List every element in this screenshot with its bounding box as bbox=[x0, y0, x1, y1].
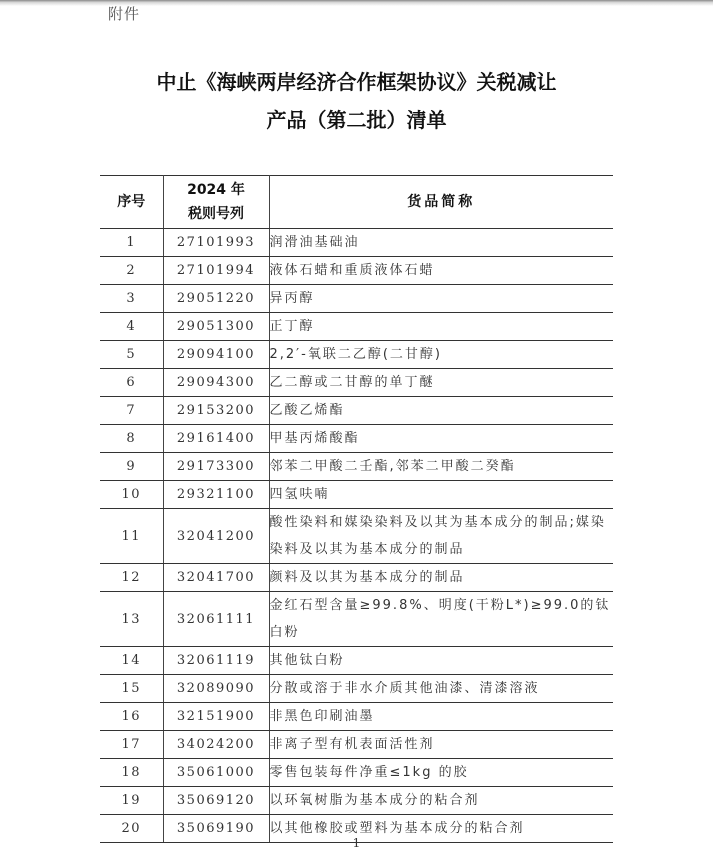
row-goods-name: 以环氧树脂为基本成分的粘合剂 bbox=[269, 787, 613, 815]
row-goods-name: 甲基丙烯酸酯 bbox=[269, 425, 613, 453]
table-row: 1132041200酸性染料和媒染染料及以其为基本成分的制品;媒染染料及以其为基… bbox=[100, 509, 613, 564]
row-seq: 4 bbox=[100, 313, 163, 341]
table-row: 5290941002,2′-氧联二乙醇(二甘醇) bbox=[100, 341, 613, 369]
row-seq: 6 bbox=[100, 369, 163, 397]
table-row: 829161400甲基丙烯酸酯 bbox=[100, 425, 613, 453]
row-tariff-code: 27101993 bbox=[163, 229, 269, 257]
table-row: 1734024200非离子型有机表面活性剂 bbox=[100, 731, 613, 759]
row-tariff-code: 32041700 bbox=[163, 564, 269, 592]
row-goods-name: 零售包装每件净重≤1kg 的胶 bbox=[269, 759, 613, 787]
row-tariff-code: 34024200 bbox=[163, 731, 269, 759]
row-seq: 2 bbox=[100, 257, 163, 285]
row-tariff-code: 32061119 bbox=[163, 647, 269, 675]
table-row: 127101993润滑油基础油 bbox=[100, 229, 613, 257]
row-tariff-code: 29321100 bbox=[163, 481, 269, 509]
row-tariff-code: 32041200 bbox=[163, 509, 269, 564]
table-row: 629094300乙二醇或二甘醇的单丁醚 bbox=[100, 369, 613, 397]
row-goods-name: 非离子型有机表面活性剂 bbox=[269, 731, 613, 759]
row-goods-name: 颜料及以其为基本成分的制品 bbox=[269, 564, 613, 592]
row-goods-name: 液体石蜡和重质液体石蜡 bbox=[269, 257, 613, 285]
row-goods-name: 酸性染料和媒染染料及以其为基本成分的制品;媒染染料及以其为基本成分的制品 bbox=[269, 509, 613, 564]
row-seq: 5 bbox=[100, 341, 163, 369]
table-row: 929173300邻苯二甲酸二壬酯,邻苯二甲酸二癸酯 bbox=[100, 453, 613, 481]
row-seq: 1 bbox=[100, 229, 163, 257]
row-seq: 13 bbox=[100, 592, 163, 647]
row-goods-name: 润滑油基础油 bbox=[269, 229, 613, 257]
table-row: 729153200乙酸乙烯酯 bbox=[100, 397, 613, 425]
document-title-line-1: 中止《海峡两岸经济合作框架协议》关税减让 bbox=[0, 66, 713, 95]
row-goods-name: 2,2′-氧联二乙醇(二甘醇) bbox=[269, 341, 613, 369]
row-tariff-code: 32089090 bbox=[163, 675, 269, 703]
table-header-row: 序号 2024 年 税则号列 货品简称 bbox=[100, 176, 613, 229]
row-tariff-code: 32061111 bbox=[163, 592, 269, 647]
row-goods-name: 乙二醇或二甘醇的单丁醚 bbox=[269, 369, 613, 397]
row-seq: 16 bbox=[100, 703, 163, 731]
row-tariff-code: 29051220 bbox=[163, 285, 269, 313]
row-seq: 3 bbox=[100, 285, 163, 313]
row-goods-name: 四氢呋喃 bbox=[269, 481, 613, 509]
row-seq: 17 bbox=[100, 731, 163, 759]
row-goods-name: 异丙醇 bbox=[269, 285, 613, 313]
table-body: 127101993润滑油基础油227101994液体石蜡和重质液体石蜡32905… bbox=[100, 229, 613, 843]
row-seq: 8 bbox=[100, 425, 163, 453]
row-goods-name: 正丁醇 bbox=[269, 313, 613, 341]
viewer-top-edge bbox=[0, 0, 713, 6]
table-row: 1532089090分散或溶于非水介质其他油漆、清漆溶液 bbox=[100, 675, 613, 703]
row-seq: 11 bbox=[100, 509, 163, 564]
table-row: 227101994液体石蜡和重质液体石蜡 bbox=[100, 257, 613, 285]
table-row: 1835061000零售包装每件净重≤1kg 的胶 bbox=[100, 759, 613, 787]
row-tariff-code: 29161400 bbox=[163, 425, 269, 453]
table-row: 429051300正丁醇 bbox=[100, 313, 613, 341]
row-tariff-code: 35061000 bbox=[163, 759, 269, 787]
row-seq: 7 bbox=[100, 397, 163, 425]
column-header-tariff-label: 税则号列 bbox=[164, 202, 269, 226]
row-seq: 12 bbox=[100, 564, 163, 592]
row-seq: 19 bbox=[100, 787, 163, 815]
row-goods-name: 其他钛白粉 bbox=[269, 647, 613, 675]
row-goods-name: 乙酸乙烯酯 bbox=[269, 397, 613, 425]
page-number: 1 bbox=[0, 836, 713, 850]
row-tariff-code: 29094100 bbox=[163, 341, 269, 369]
row-seq: 18 bbox=[100, 759, 163, 787]
table-row: 1232041700颜料及以其为基本成分的制品 bbox=[100, 564, 613, 592]
row-goods-name: 邻苯二甲酸二壬酯,邻苯二甲酸二癸酯 bbox=[269, 453, 613, 481]
row-tariff-code: 27101994 bbox=[163, 257, 269, 285]
table-row: 1029321100四氢呋喃 bbox=[100, 481, 613, 509]
table-row: 1935069120以环氧树脂为基本成分的粘合剂 bbox=[100, 787, 613, 815]
row-tariff-code: 35069120 bbox=[163, 787, 269, 815]
row-tariff-code: 32151900 bbox=[163, 703, 269, 731]
table-row: 329051220异丙醇 bbox=[100, 285, 613, 313]
product-list-table: 序号 2024 年 税则号列 货品简称 127101993润滑油基础油22710… bbox=[100, 175, 613, 843]
column-header-tariff-code: 2024 年 税则号列 bbox=[163, 176, 269, 229]
row-seq: 10 bbox=[100, 481, 163, 509]
row-goods-name: 金红石型含量≥99.8%、明度(干粉L*)≥99.0的钛白粉 bbox=[269, 592, 613, 647]
table-row: 1332061111金红石型含量≥99.8%、明度(干粉L*)≥99.0的钛白粉 bbox=[100, 592, 613, 647]
column-header-seq: 序号 bbox=[100, 176, 163, 229]
row-tariff-code: 29094300 bbox=[163, 369, 269, 397]
row-goods-name: 分散或溶于非水介质其他油漆、清漆溶液 bbox=[269, 675, 613, 703]
document-title-line-2: 产品（第二批）清单 bbox=[0, 104, 713, 133]
row-tariff-code: 29153200 bbox=[163, 397, 269, 425]
row-goods-name: 非黑色印刷油墨 bbox=[269, 703, 613, 731]
table-row: 1632151900非黑色印刷油墨 bbox=[100, 703, 613, 731]
row-tariff-code: 29051300 bbox=[163, 313, 269, 341]
table-row: 1432061119其他钛白粉 bbox=[100, 647, 613, 675]
row-seq: 15 bbox=[100, 675, 163, 703]
column-header-goods-name: 货品简称 bbox=[269, 176, 613, 229]
column-header-tariff-year: 2024 年 bbox=[164, 178, 269, 202]
row-seq: 14 bbox=[100, 647, 163, 675]
row-tariff-code: 29173300 bbox=[163, 453, 269, 481]
row-seq: 9 bbox=[100, 453, 163, 481]
attachment-label: 附件 bbox=[108, 3, 140, 24]
